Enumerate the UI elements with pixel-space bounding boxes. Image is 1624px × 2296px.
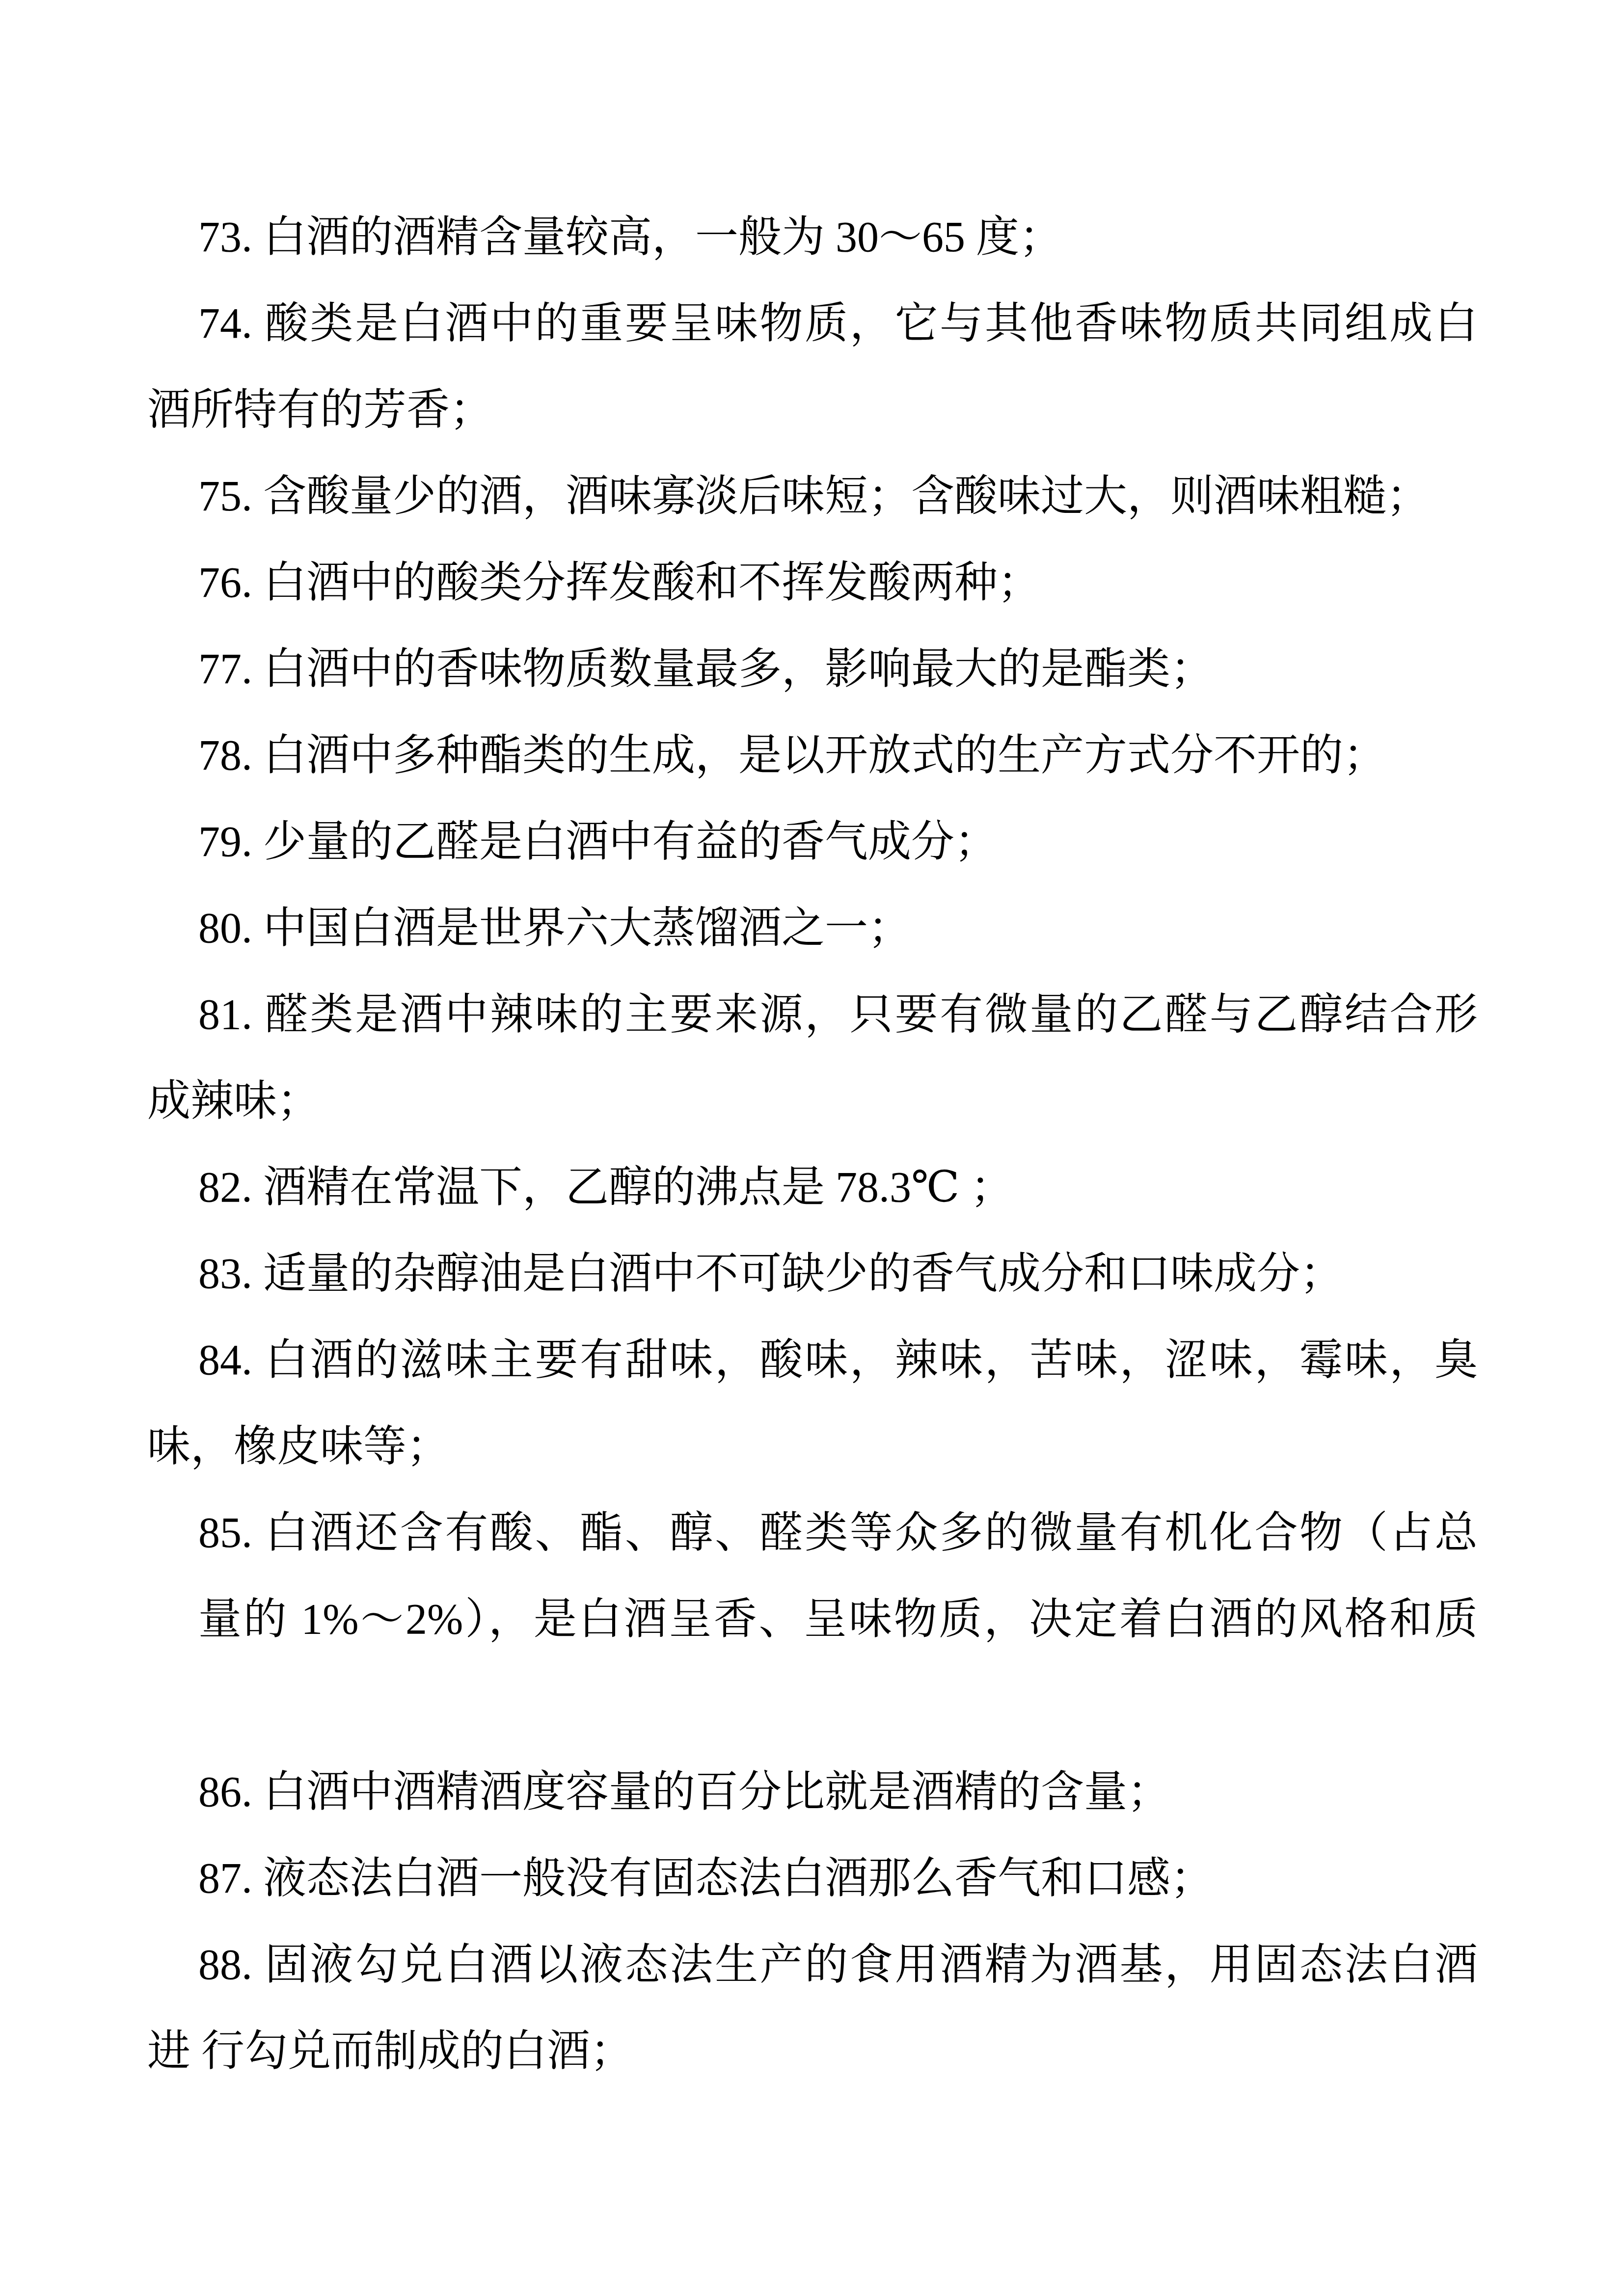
text-line-item-83: 83. 适量的杂醇油是白酒中不可缺少的香气成分和口味成分；	[147, 1231, 1478, 1317]
text-line-item-73: 73. 白酒的酒精含量较高，一般为 30～65 度；	[147, 194, 1478, 281]
text-line-item-82: 82. 酒精在常温下，乙醇的沸点是 78.3℃ ；	[147, 1145, 1478, 1231]
document-page: 73. 白酒的酒精含量较高，一般为 30～65 度； 74. 酸类是白酒中的重要…	[0, 0, 1624, 2296]
text-line-item-78: 78. 白酒中多种酯类的生成，是以开放式的生产方式分不开的；	[147, 713, 1478, 799]
text-line-item-79: 79. 少量的乙醛是白酒中有益的香气成分；	[147, 799, 1478, 885]
text-line-item-88: 88. 固液勾兑白酒以液态法生产的食用酒精为酒基，用固态法白酒	[147, 1922, 1478, 2008]
text-line-item-77: 77. 白酒中的香味物质数量最多，影响最大的是酯类；	[147, 626, 1478, 713]
text-line-item-84-wrap: 味，橡皮味等；	[147, 1404, 1478, 1490]
text-line-item-86: 86. 白酒中酒精酒度容量的百分比就是酒精的含量；	[147, 1749, 1478, 1836]
text-line-item-74-wrap: 酒所特有的芳香；	[147, 367, 1478, 454]
text-line-item-88-wrap: 进 行勾兑而制成的白酒；	[147, 2008, 1478, 2095]
text-line-item-80: 80. 中国白酒是世界六大蒸馏酒之一；	[147, 885, 1478, 972]
text-line-item-85-wrap: 量的 1%～2%），是白酒呈香、呈味物质，决定着白酒的风格和质量；	[147, 1576, 1478, 1663]
text-line-item-74: 74. 酸类是白酒中的重要呈味物质，它与其他香味物质共同组成白	[147, 281, 1478, 367]
blank-line	[147, 1663, 1478, 1749]
text-line-item-76: 76. 白酒中的酸类分挥发酸和不挥发酸两种；	[147, 540, 1478, 626]
text-line-item-84: 84. 白酒的滋味主要有甜味，酸味，辣味，苦味，涩味，霉味，臭	[147, 1317, 1478, 1404]
text-line-item-75: 75. 含酸量少的酒，酒味寡淡后味短；含酸味过大，则酒味粗糙；	[147, 454, 1478, 540]
text-line-item-81-wrap: 成辣味；	[147, 1058, 1478, 1145]
text-line-item-87: 87. 液态法白酒一般没有固态法白酒那么香气和口感；	[147, 1836, 1478, 1922]
text-line-item-81: 81. 醛类是酒中辣味的主要来源，只要有微量的乙醛与乙醇结合形	[147, 972, 1478, 1058]
text-line-item-85: 85. 白酒还含有酸、酯、醇、醛类等众多的微量有机化合物（占总	[147, 1490, 1478, 1576]
